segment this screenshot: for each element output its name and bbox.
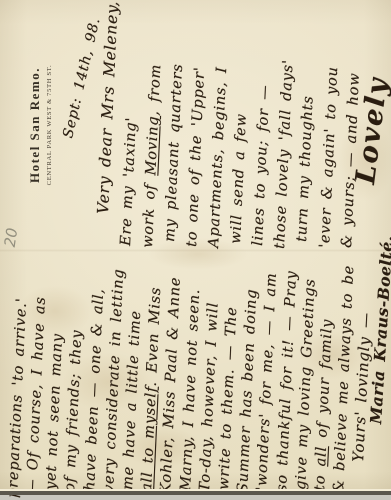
paper-bottom-edge	[0, 491, 391, 495]
letter-line: of my friends; they	[62, 329, 85, 492]
archive-number-pencil: 20	[1, 227, 21, 248]
letter-line: those lovely 'fall days'	[272, 59, 297, 249]
line-part: work of	[140, 175, 159, 248]
letter-scan: 20 Hotel San Remo. Central Park West & 7…	[0, 0, 391, 500]
letterhead-hotel-name: Hotel San Remo.	[27, 0, 43, 250]
underlined-word: Moving	[143, 115, 162, 175]
letter-first-page: 20 Hotel San Remo. Central Park West & 7…	[0, 0, 391, 250]
letter-line: 'ever & again' to you	[317, 66, 341, 248]
rotated-writing-layer: 20 Hotel San Remo. Central Park West & 7…	[0, 0, 391, 500]
letter-line: turn my thoughts	[294, 95, 317, 242]
paper: 20 Hotel San Remo. Central Park West & 7…	[0, 0, 391, 491]
underlined-word: all to myself	[139, 386, 160, 492]
letterhead-address: Central Park West & 75th St.	[46, 0, 53, 250]
letterhead: Hotel San Remo. Central Park West & 75th…	[27, 0, 53, 250]
letter-line: Ere my 'taxing'	[118, 117, 140, 247]
line-part: . Even Miss	[144, 287, 165, 387]
line-part: to	[312, 466, 329, 491]
line-part: , from	[146, 64, 164, 116]
date-line: Sept: 14th, 98.	[60, 16, 103, 140]
line-part: of your family	[314, 319, 336, 447]
letter-line: Apartments, begins, I	[206, 66, 230, 248]
letter-line: work of Moving, from	[140, 64, 164, 249]
letter-line: my pleasant quarters	[162, 63, 186, 242]
letter-line: to one of the 'Upper'	[184, 66, 208, 247]
letter-line: lines to you; for —	[250, 84, 273, 246]
letter-line: will send a few	[228, 113, 250, 244]
underlined-word: all	[313, 446, 330, 467]
letter-last-page: preparations 'to arrive.' — Of course, I…	[0, 250, 391, 500]
